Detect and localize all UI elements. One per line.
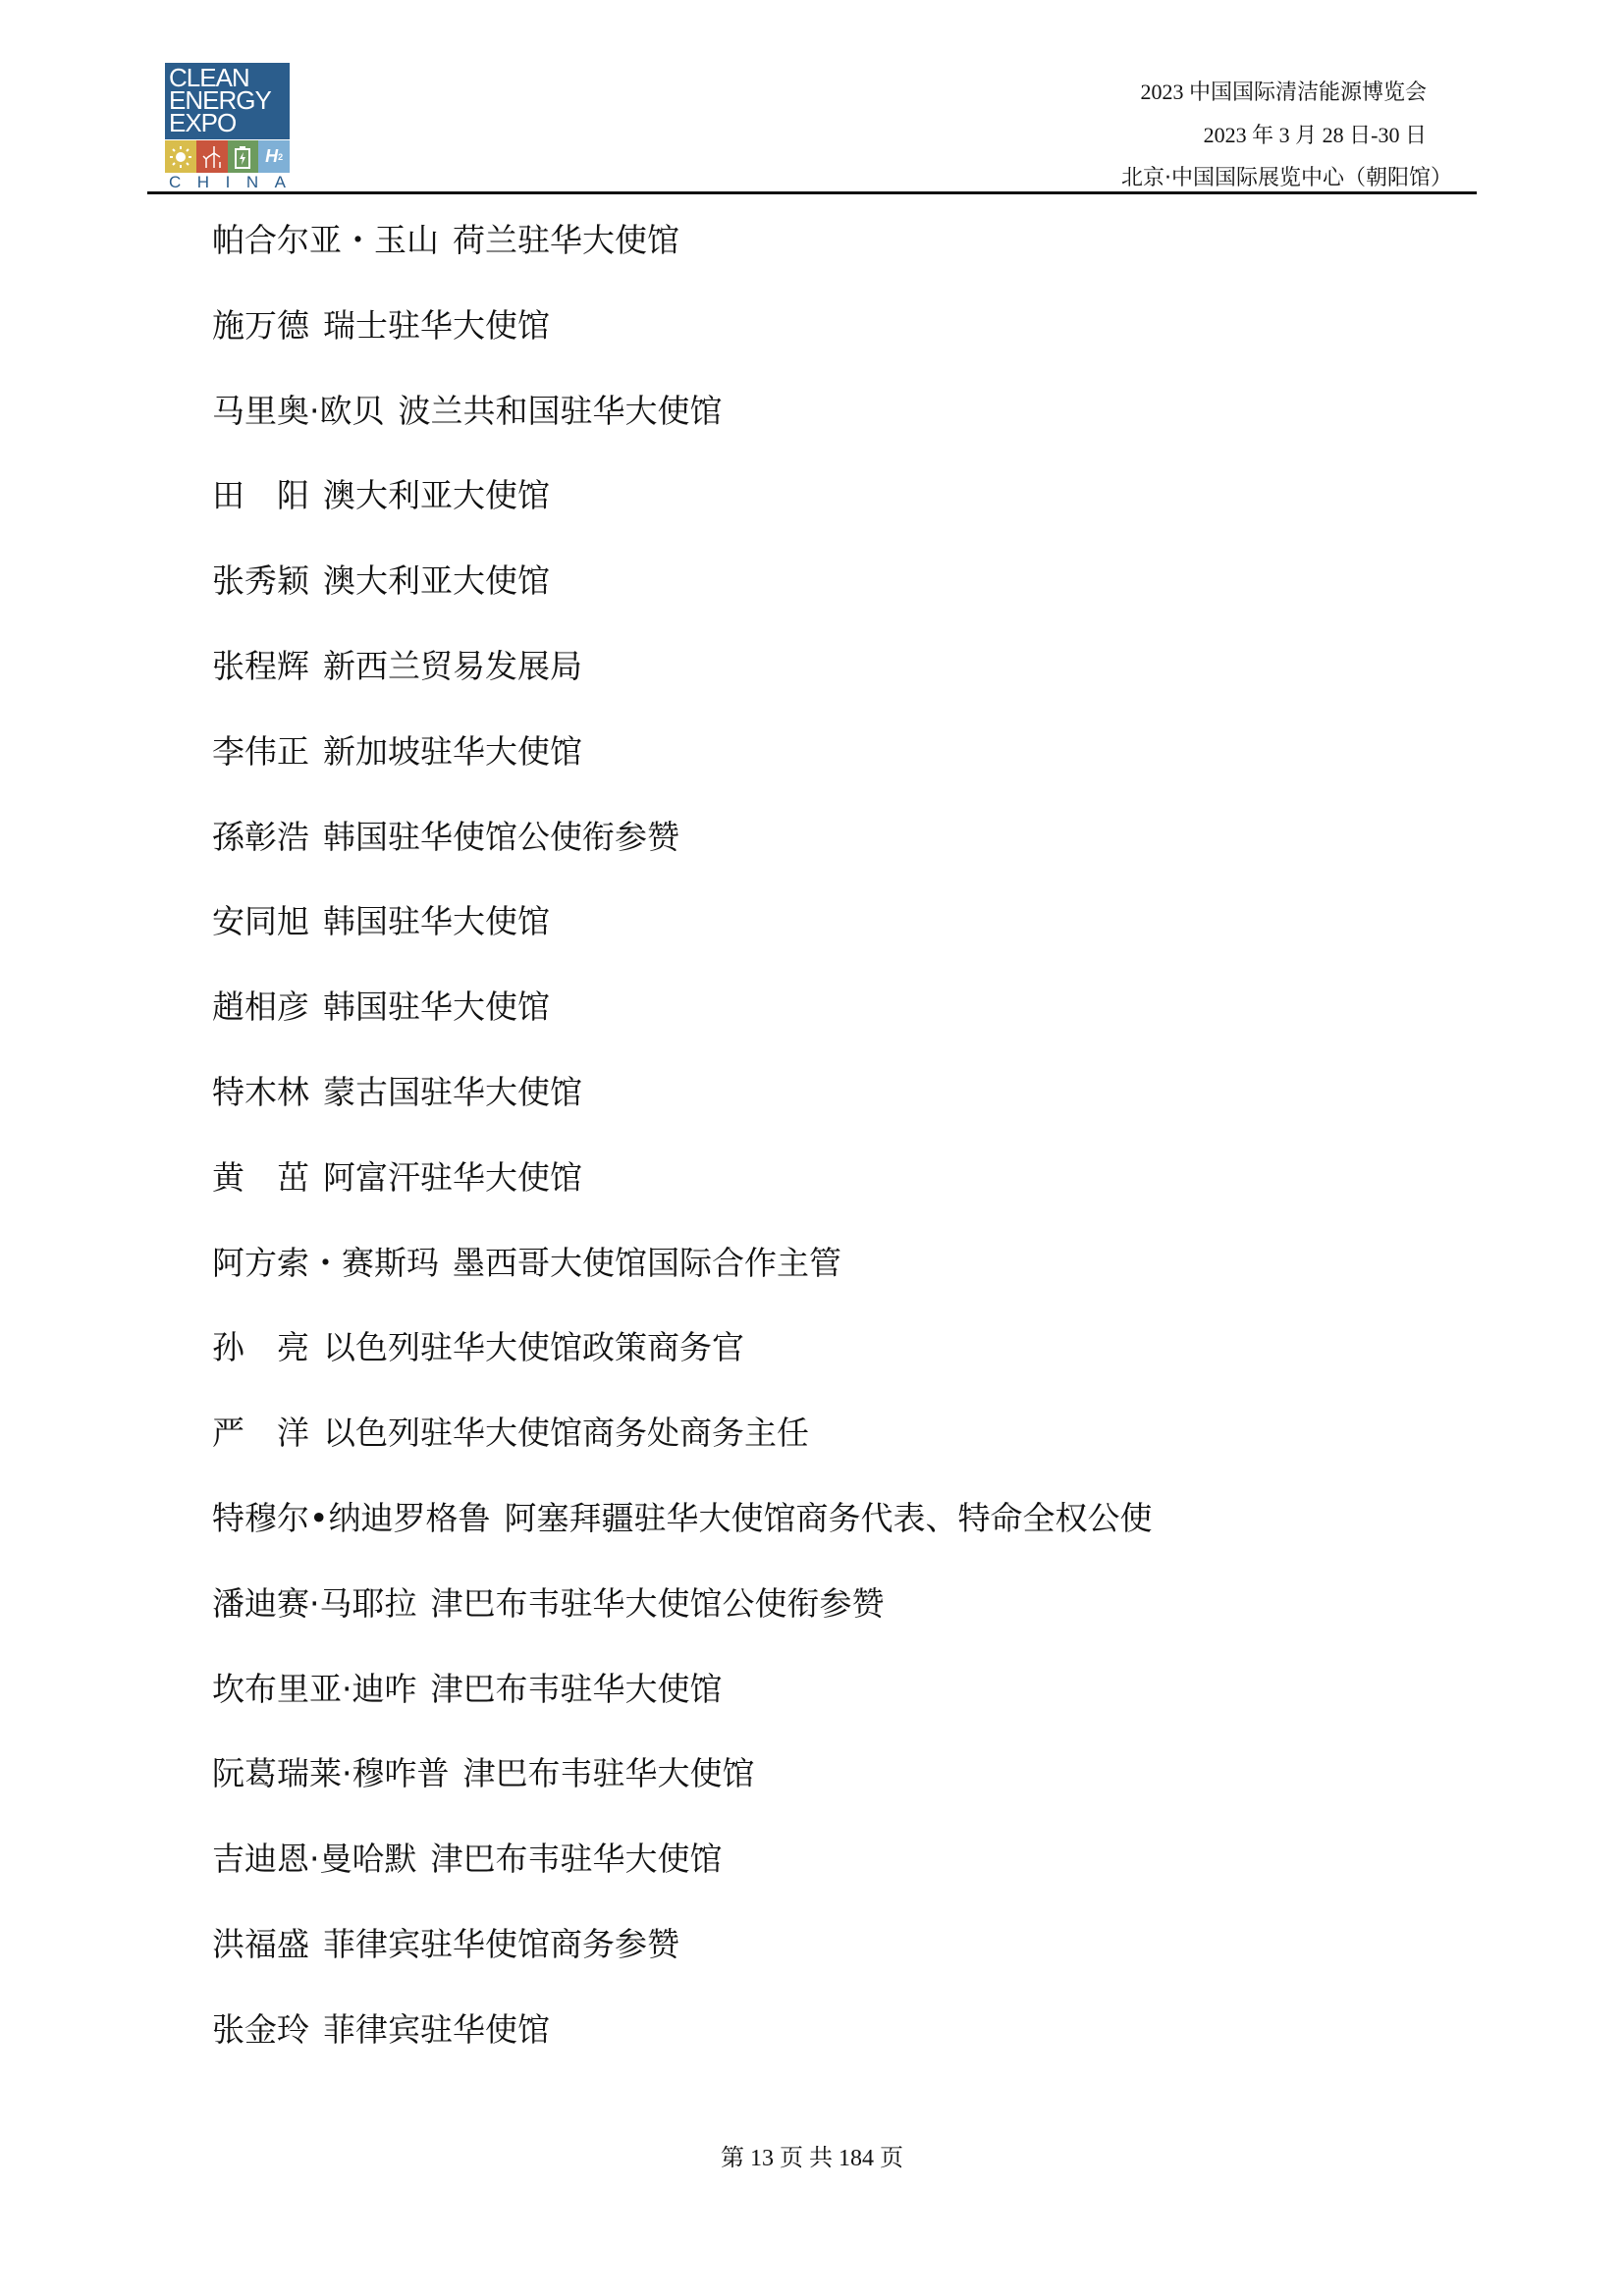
wind-turbine-icon <box>196 140 228 173</box>
attendee-name: 坎布里亚·迪咋 <box>212 1670 417 1708</box>
list-item: 坎布里亚·迪咋津巴布韦驻华大使馆 <box>212 1667 1152 1752</box>
document-header: 2023 中国国际清洁能源博览会 2023 年 3 月 28 日-30 日 北京… <box>1121 71 1427 200</box>
attendee-organization: 荷兰驻华大使馆 <box>453 221 679 259</box>
hydrogen-icon: H2 <box>258 140 290 173</box>
attendee-name: 阿方索・赛斯玛 <box>212 1244 439 1282</box>
h2-label: H <box>265 146 278 167</box>
attendee-name: 严 洋 <box>212 1414 309 1452</box>
attendee-name: 张程辉 <box>212 647 309 685</box>
attendee-name: 洪福盛 <box>212 1925 309 1963</box>
clean-energy-expo-logo: CLEAN ENERGY EXPO <box>165 63 290 190</box>
attendee-name: 孙 亮 <box>212 1328 309 1366</box>
list-item: 趙相彦韩国驻华大使馆 <box>212 985 1152 1070</box>
attendee-organization: 墨西哥大使馆国际合作主管 <box>453 1244 841 1282</box>
list-item: 孫彰浩韩国驻华使馆公使衔参赞 <box>212 815 1152 900</box>
attendee-organization: 新西兰贸易发展局 <box>323 647 582 685</box>
list-item: 吉迪恩·曼哈默津巴布韦驻华大使馆 <box>212 1837 1152 1922</box>
attendee-organization: 津巴布韦驻华大使馆 <box>431 1670 723 1708</box>
attendee-name: 张秀颖 <box>212 561 309 600</box>
logo-letter: A <box>275 174 286 190</box>
attendee-name: 李伟正 <box>212 732 309 771</box>
logo-letter: I <box>226 174 231 190</box>
sun-icon <box>165 140 196 173</box>
logo-letter: H <box>197 174 209 190</box>
attendee-name: 趙相彦 <box>212 988 309 1026</box>
list-item: 阿方索・赛斯玛墨西哥大使馆国际合作主管 <box>212 1241 1152 1326</box>
attendee-name: 帕合尔亚・玉山 <box>212 221 439 259</box>
attendee-organization: 波兰共和国驻华大使馆 <box>399 392 723 430</box>
list-item: 潘迪赛·马耶拉津巴布韦驻华大使馆公使衔参赞 <box>212 1581 1152 1667</box>
attendee-name: 孫彰浩 <box>212 818 309 856</box>
attendee-organization: 阿塞拜疆驻华大使馆商务代表、特命全权公使 <box>504 1499 1152 1537</box>
attendee-organization: 瑞士驻华大使馆 <box>323 306 550 345</box>
attendee-name: 安同旭 <box>212 902 309 940</box>
attendee-organization: 菲律宾驻华使馆 <box>323 2010 550 2049</box>
list-item: 帕合尔亚・玉山荷兰驻华大使馆 <box>212 218 1152 303</box>
logo-letter: N <box>246 174 258 190</box>
list-item: 特穆尔•纳迪罗格鲁阿塞拜疆驻华大使馆商务代表、特命全权公使 <box>212 1496 1152 1581</box>
logo-country: C H I N A <box>165 174 290 190</box>
list-item: 黄 茁阿富汗驻华大使馆 <box>212 1155 1152 1241</box>
page-number: 第 13 页 共 184 页 <box>0 2138 1624 2172</box>
list-item: 安同旭韩国驻华大使馆 <box>212 899 1152 985</box>
attendee-name: 特穆尔•纳迪罗格鲁 <box>212 1499 490 1537</box>
list-item: 张程辉新西兰贸易发展局 <box>212 644 1152 729</box>
list-item: 特木林蒙古国驻华大使馆 <box>212 1070 1152 1155</box>
list-item: 阮葛瑞莱·穆咋普津巴布韦驻华大使馆 <box>212 1751 1152 1837</box>
list-item: 严 洋以色列驻华大使馆商务处商务主任 <box>212 1411 1152 1496</box>
attendee-organization: 澳大利亚大使馆 <box>323 561 550 600</box>
list-item: 洪福盛菲律宾驻华使馆商务参赞 <box>212 1922 1152 2007</box>
list-item: 马里奥·欧贝波兰共和国驻华大使馆 <box>212 389 1152 474</box>
attendee-name: 阮葛瑞莱·穆咋普 <box>212 1754 450 1792</box>
logo-line-expo: EXPO <box>169 112 290 134</box>
logo-wordmark: CLEAN ENERGY EXPO <box>165 63 290 139</box>
event-dates: 2023 年 3 月 28 日-30 日 <box>1121 114 1427 157</box>
attendee-list: 帕合尔亚・玉山荷兰驻华大使馆 施万德瑞士驻华大使馆 马里奥·欧贝波兰共和国驻华大… <box>212 218 1152 2093</box>
attendee-organization: 澳大利亚大使馆 <box>323 476 550 514</box>
attendee-name: 马里奥·欧贝 <box>212 392 385 430</box>
attendee-organization: 蒙古国驻华大使馆 <box>323 1073 582 1111</box>
logo-icon-strip: H2 <box>165 140 290 173</box>
attendee-name: 张金玲 <box>212 2010 309 2049</box>
attendee-name: 施万德 <box>212 306 309 345</box>
attendee-name: 田 阳 <box>212 476 309 514</box>
battery-icon <box>228 140 259 173</box>
list-item: 田 阳澳大利亚大使馆 <box>212 473 1152 559</box>
attendee-organization: 津巴布韦驻华大使馆公使衔参赞 <box>431 1584 885 1623</box>
attendee-organization: 韩国驻华大使馆 <box>323 902 550 940</box>
attendee-organization: 韩国驻华大使馆 <box>323 988 550 1026</box>
attendee-organization: 韩国驻华使馆公使衔参赞 <box>323 818 679 856</box>
attendee-organization: 菲律宾驻华使馆商务参赞 <box>323 1925 679 1963</box>
attendee-organization: 新加坡驻华大使馆 <box>323 732 582 771</box>
attendee-name: 吉迪恩·曼哈默 <box>212 1840 417 1878</box>
attendee-organization: 津巴布韦驻华大使馆 <box>431 1840 723 1878</box>
list-item: 孙 亮以色列驻华大使馆政策商务官 <box>212 1325 1152 1411</box>
attendee-organization: 以色列驻华大使馆政策商务官 <box>323 1328 744 1366</box>
h2-subscript: 2 <box>278 152 283 162</box>
attendee-organization: 以色列驻华大使馆商务处商务主任 <box>323 1414 809 1452</box>
attendee-name: 黄 茁 <box>212 1158 309 1197</box>
attendee-name: 特木林 <box>212 1073 309 1111</box>
logo-letter: C <box>169 174 181 190</box>
header-divider <box>147 191 1477 194</box>
list-item: 施万德瑞士驻华大使馆 <box>212 303 1152 389</box>
attendee-organization: 阿富汗驻华大使馆 <box>323 1158 582 1197</box>
attendee-name: 潘迪赛·马耶拉 <box>212 1584 417 1623</box>
list-item: 张金玲菲律宾驻华使馆 <box>212 2007 1152 2093</box>
event-title: 2023 中国国际清洁能源博览会 <box>1121 71 1427 114</box>
list-item: 李伟正新加坡驻华大使馆 <box>212 729 1152 815</box>
list-item: 张秀颖澳大利亚大使馆 <box>212 559 1152 644</box>
attendee-organization: 津巴布韦驻华大使馆 <box>463 1754 755 1792</box>
